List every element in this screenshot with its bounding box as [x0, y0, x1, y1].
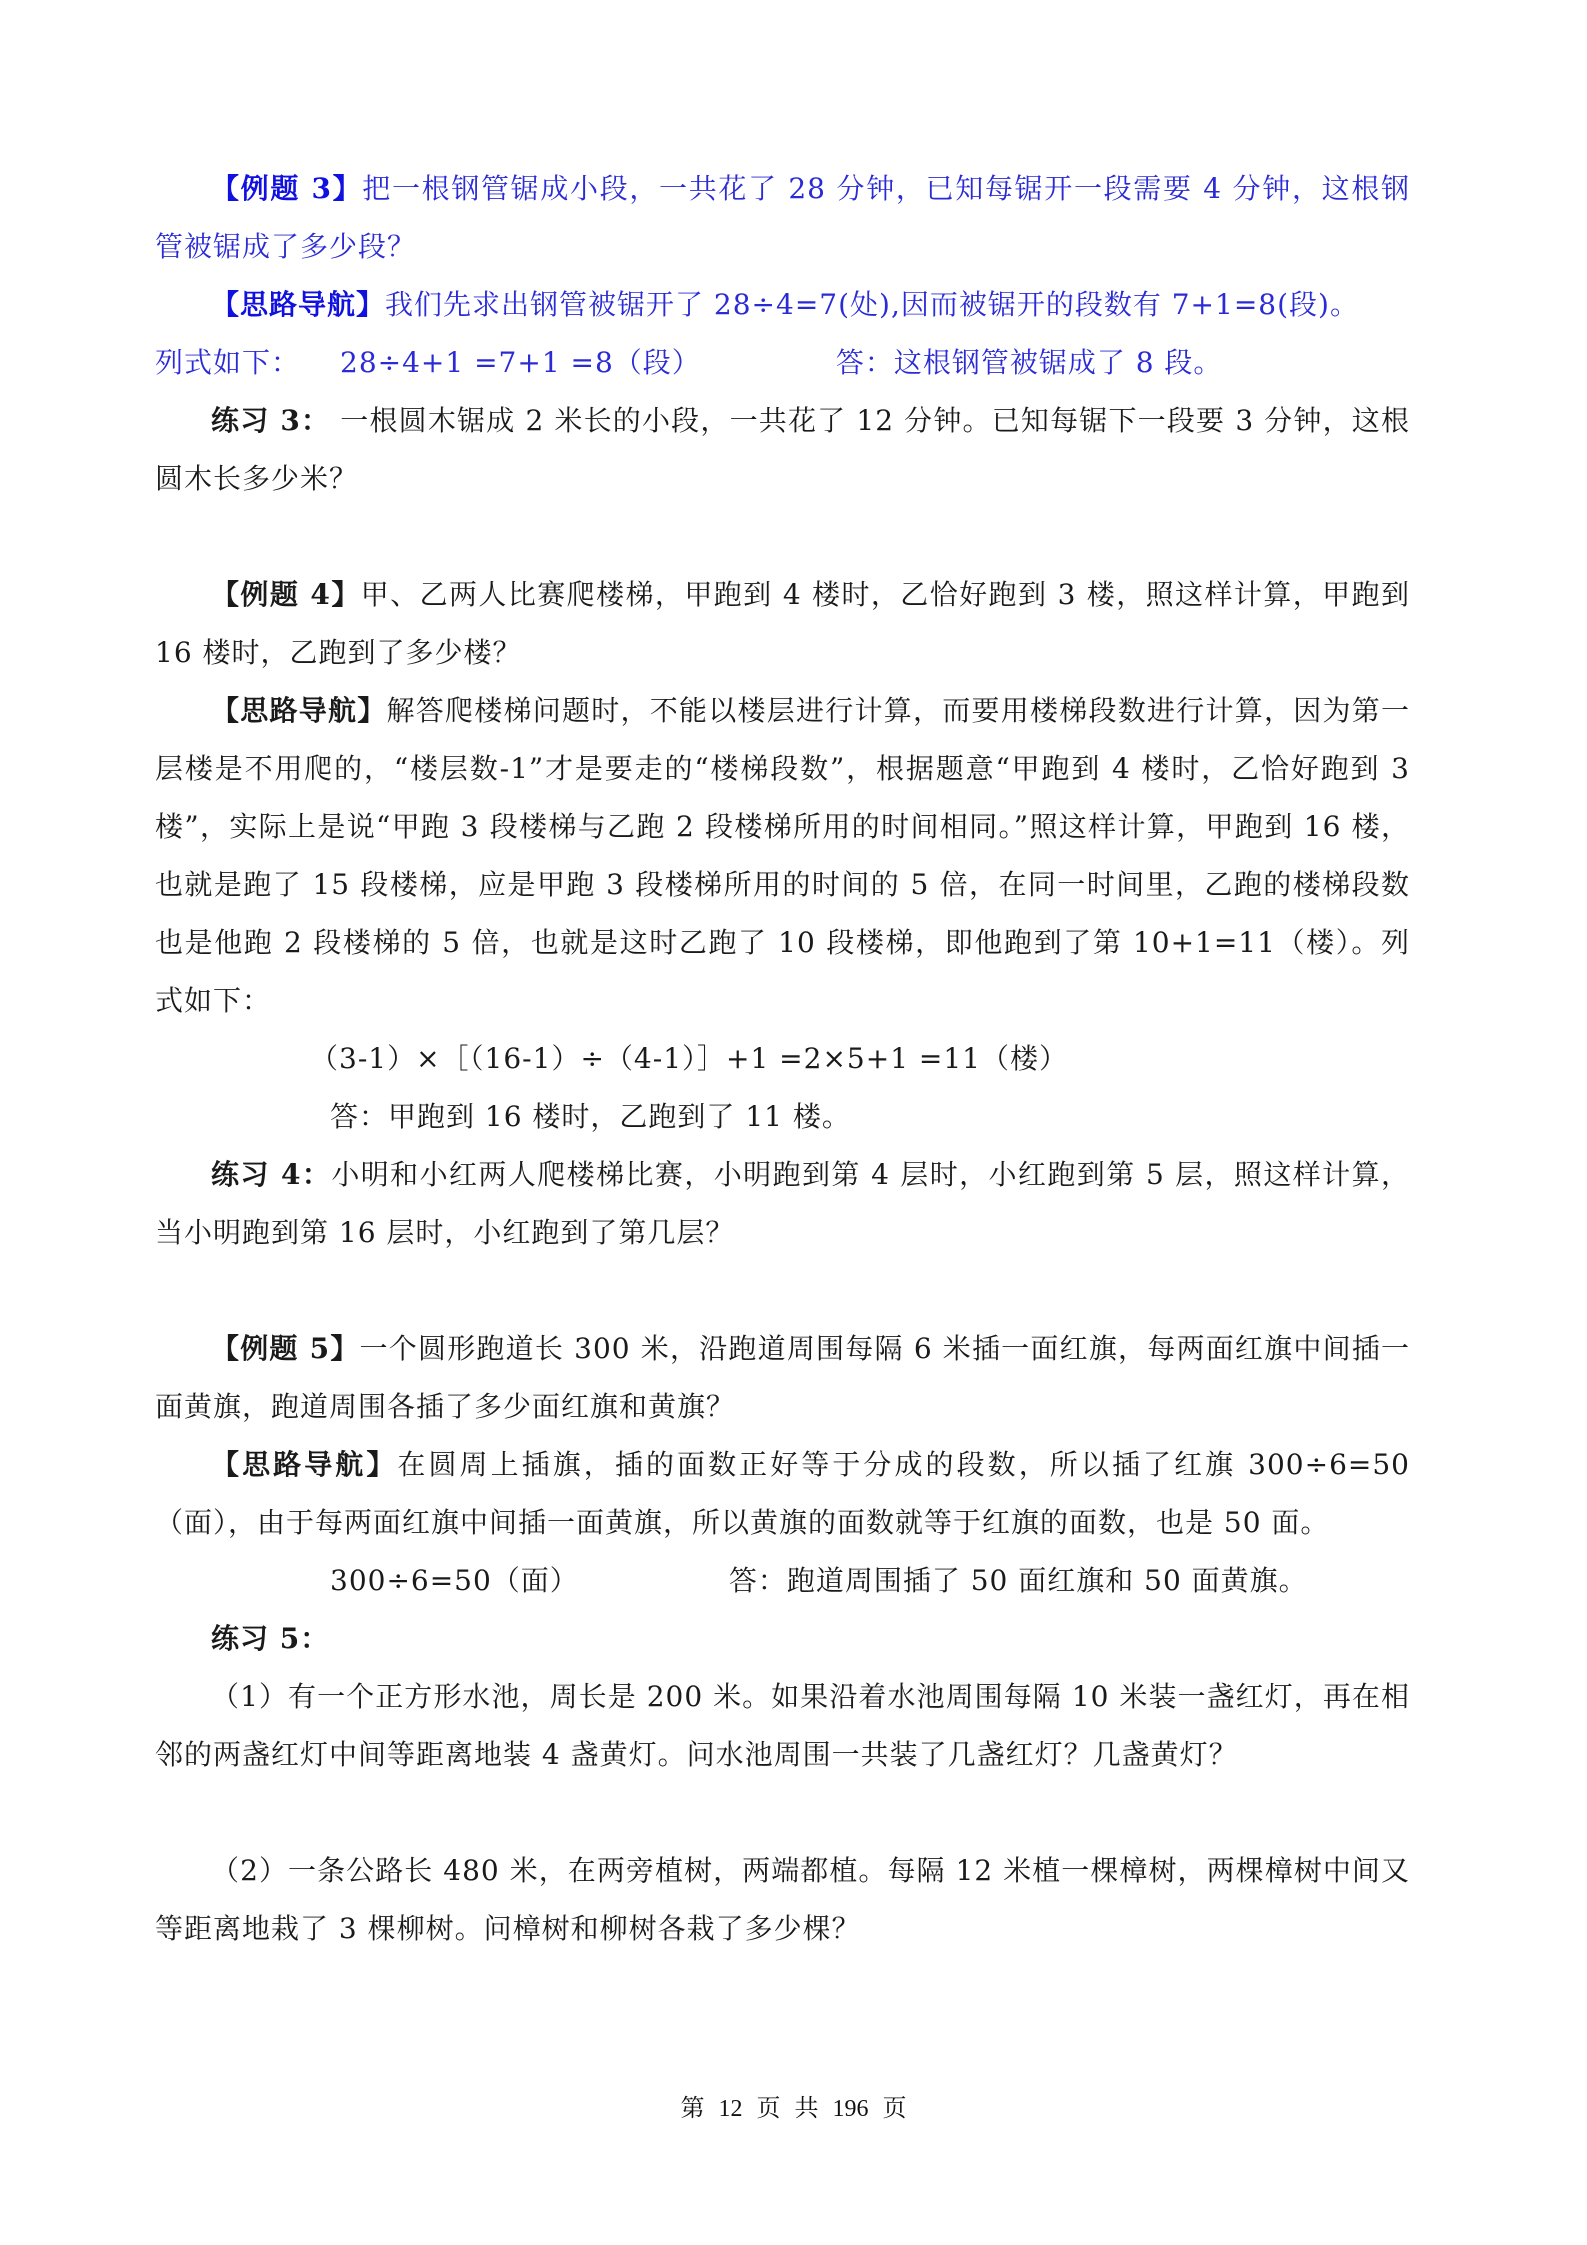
example-5-question: 【例题 5】一个圆形跑道长 300 米，沿跑道周围每隔 6 米插一面红旗，每两面… — [155, 1320, 1410, 1436]
practice-5-item-2: （2）一条公路长 480 米，在两旁植树，两端都植。每隔 12 米植一棵樟树，两… — [155, 1842, 1410, 1958]
example-5-formula: 300÷6=50（面） — [330, 1564, 579, 1597]
example-3-formula: 28÷4+1 =7+1 =8（段） — [340, 346, 701, 379]
example-4-guide-label: 【思路导航】 — [211, 694, 387, 727]
example-4-label: 【例题 4】 — [211, 578, 361, 611]
example-3-label: 【例题 3】 — [211, 172, 362, 205]
example-3-question: 【例题 3】把一根钢管锯成小段，一共花了 28 分钟，已知每锯开一段需要 4 分… — [155, 160, 1410, 276]
example-3-answer: 答：这根钢管被锯成了 8 段。 — [836, 346, 1223, 379]
practice-5-item-1: （1）有一个正方形水池，周长是 200 米。如果沿着水池周围每隔 10 米装一盏… — [155, 1668, 1410, 1784]
spacer — [155, 508, 1410, 566]
page-footer: 第 12 页 共 196 页 — [0, 2088, 1587, 2123]
practice-5-heading: 练习 5： — [155, 1610, 1410, 1668]
example-3-guide: 【思路导航】我们先求出钢管被锯开了 28÷4=7(处),因而被锯开的段数有 7+… — [155, 276, 1410, 334]
example-5-guide: 【思路导航】在圆周上插旗，插的面数正好等于分成的段数，所以插了红旗 300÷6=… — [155, 1436, 1410, 1552]
example-3-formula-prefix: 列式如下： — [155, 334, 340, 392]
spacer — [155, 1784, 1410, 1842]
example-5-formula-line: 300÷6=50（面）答：跑道周围插了 50 面红旗和 50 面黄旗。 — [155, 1552, 1410, 1610]
practice-4-label: 练习 4： — [211, 1158, 331, 1191]
document-page: 【例题 3】把一根钢管锯成小段，一共花了 28 分钟，已知每锯开一段需要 4 分… — [155, 160, 1410, 1958]
practice-3-text: 一根圆木锯成 2 米长的小段，一共花了 12 分钟。已知每锯下一段要 3 分钟，… — [155, 404, 1410, 495]
example-4-guide: 【思路导航】解答爬楼梯问题时，不能以楼层进行计算，而要用楼梯段数进行计算，因为第… — [155, 682, 1410, 1030]
example-4-guide-text: 解答爬楼梯问题时，不能以楼层进行计算，而要用楼梯段数进行计算，因为第一层楼是不用… — [155, 694, 1410, 1017]
example-3-formula-line: 列式如下：28÷4+1 =7+1 =8（段）答：这根钢管被锯成了 8 段。 — [155, 334, 1410, 392]
example-4-answer: 答：甲跑到 16 楼时，乙跑到了 11 楼。 — [155, 1088, 1410, 1146]
example-4-formula: （3-1）×［（16-1）÷（4-1）］+1 =2×5+1 =11（楼） — [155, 1030, 1410, 1088]
example-5-guide-label: 【思路导航】 — [211, 1448, 397, 1481]
example-3-guide-text: 我们先求出钢管被锯开了 28÷4=7(处),因而被锯开的段数有 7+1=8(段)… — [385, 288, 1359, 321]
spacer — [155, 1262, 1410, 1320]
practice-5-label: 练习 5： — [211, 1622, 329, 1655]
practice-3: 练习 3： 一根圆木锯成 2 米长的小段，一共花了 12 分钟。已知每锯下一段要… — [155, 392, 1410, 508]
example-4-question: 【例题 4】甲、乙两人比赛爬楼梯，甲跑到 4 楼时，乙恰好跑到 3 楼，照这样计… — [155, 566, 1410, 682]
practice-4: 练习 4：小明和小红两人爬楼梯比赛，小明跑到第 4 层时，小红跑到第 5 层，照… — [155, 1146, 1410, 1262]
example-5-label: 【例题 5】 — [211, 1332, 360, 1365]
example-5-answer: 答：跑道周围插了 50 面红旗和 50 面黄旗。 — [729, 1564, 1308, 1597]
example-3-guide-label: 【思路导航】 — [211, 288, 385, 321]
practice-4-text: 小明和小红两人爬楼梯比赛，小明跑到第 4 层时，小红跑到第 5 层，照这样计算，… — [155, 1158, 1410, 1249]
page-indicator: 第 12 页 共 196 页 — [681, 2096, 907, 2122]
practice-3-label: 练习 3： — [211, 404, 330, 437]
